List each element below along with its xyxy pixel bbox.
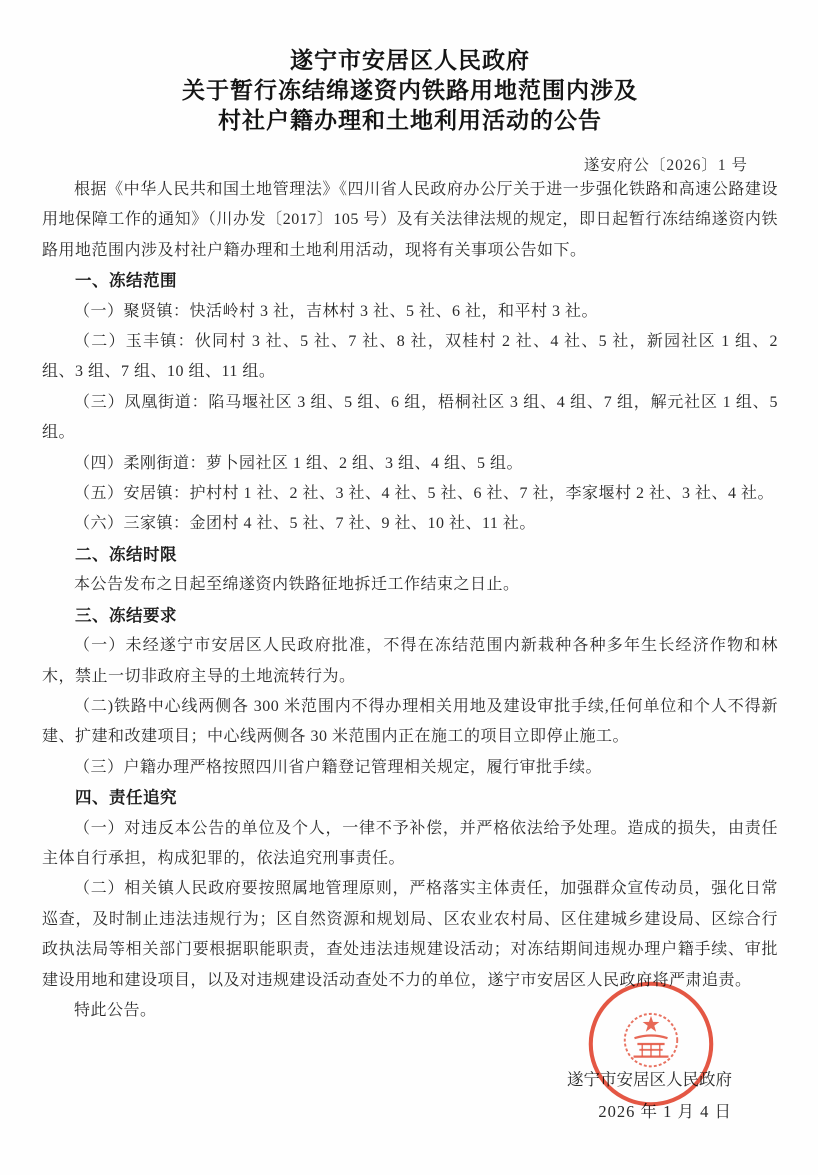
section-4-paragraph: （一）对违反本公告的单位及个人，一律不予补偿，并严格依法给予处理。造成的损失，由… <box>42 814 778 875</box>
signature-issuer: 遂宁市安居区人民政府 <box>42 1064 732 1096</box>
signature-date: 2026 年 1 月 4 日 <box>42 1096 732 1128</box>
section-heading-1: 一、冻结范围 <box>42 266 778 296</box>
intro-paragraph: 根据《中华人民共和国土地管理法》《四川省人民政府办公厅关于进一步强化铁路和高速公… <box>42 175 778 266</box>
section-heading-3: 三、冻结要求 <box>42 601 778 631</box>
section-heading-4: 四、责任追究 <box>42 783 778 813</box>
section-1-paragraph: （一）聚贤镇：快活岭村 3 社，吉林村 3 社、5 社、6 社，和平村 3 社。 <box>42 297 778 327</box>
section-1-paragraph: （五）安居镇：护村村 1 社、2 社、3 社、4 社、5 社、6 社、7 社，李… <box>42 479 778 509</box>
section-3-paragraph: （一）未经遂宁市安居区人民政府批准，不得在冻结范围内新栽种各种多年生长经济作物和… <box>42 631 778 692</box>
section-2-paragraph: 本公告发布之日起至绵遂资内铁路征地拆迁工作结束之日止。 <box>42 570 778 600</box>
document-number: 遂安府公〔2026〕1 号 <box>42 153 778 175</box>
section-heading-2: 二、冻结时限 <box>42 540 778 570</box>
section-3-paragraph: （二)铁路中心线两侧各 300 米范围内不得办理相关用地及建设审批手续,任何单位… <box>42 692 778 753</box>
section-1-paragraph: （六）三家镇：金团村 4 社、5 社、7 社、9 社、10 社、11 社。 <box>42 509 778 539</box>
title-line-1: 遂宁市安居区人民政府 <box>42 46 778 76</box>
section-4-paragraph: （二）相关镇人民政府要按照属地管理原则，严格落实主体责任，加强群众宣传动员，强化… <box>42 874 778 996</box>
announcement-page: 遂宁市安居区人民政府 关于暂行冻结绵遂资内铁路用地范围内涉及 村社户籍办理和土地… <box>0 0 818 1175</box>
title-line-3: 村社户籍办理和土地利用活动的公告 <box>42 106 778 136</box>
section-3-paragraph: （三）户籍办理严格按照四川省户籍登记管理相关规定，履行审批手续。 <box>42 753 778 783</box>
section-1-paragraph: （三）凤凰街道：陷马堰社区 3 组、5 组、6 组，梧桐社区 3 组、4 组、7… <box>42 388 778 449</box>
document-title: 遂宁市安居区人民政府 关于暂行冻结绵遂资内铁路用地范围内涉及 村社户籍办理和土地… <box>42 46 778 136</box>
signature-block: 遂宁市安居区人民政府 2026 年 1 月 4 日 <box>42 1064 778 1128</box>
section-1-paragraph: （二）玉丰镇：伙同村 3 社、5 社、7 社、8 社，双桂村 2 社、4 社、5… <box>42 327 778 388</box>
title-line-2: 关于暂行冻结绵遂资内铁路用地范围内涉及 <box>42 76 778 106</box>
section-1-paragraph: （四）柔刚街道：萝卜园社区 1 组、2 组、3 组、4 组、5 组。 <box>42 449 778 479</box>
closing-line: 特此公告。 <box>42 996 778 1026</box>
